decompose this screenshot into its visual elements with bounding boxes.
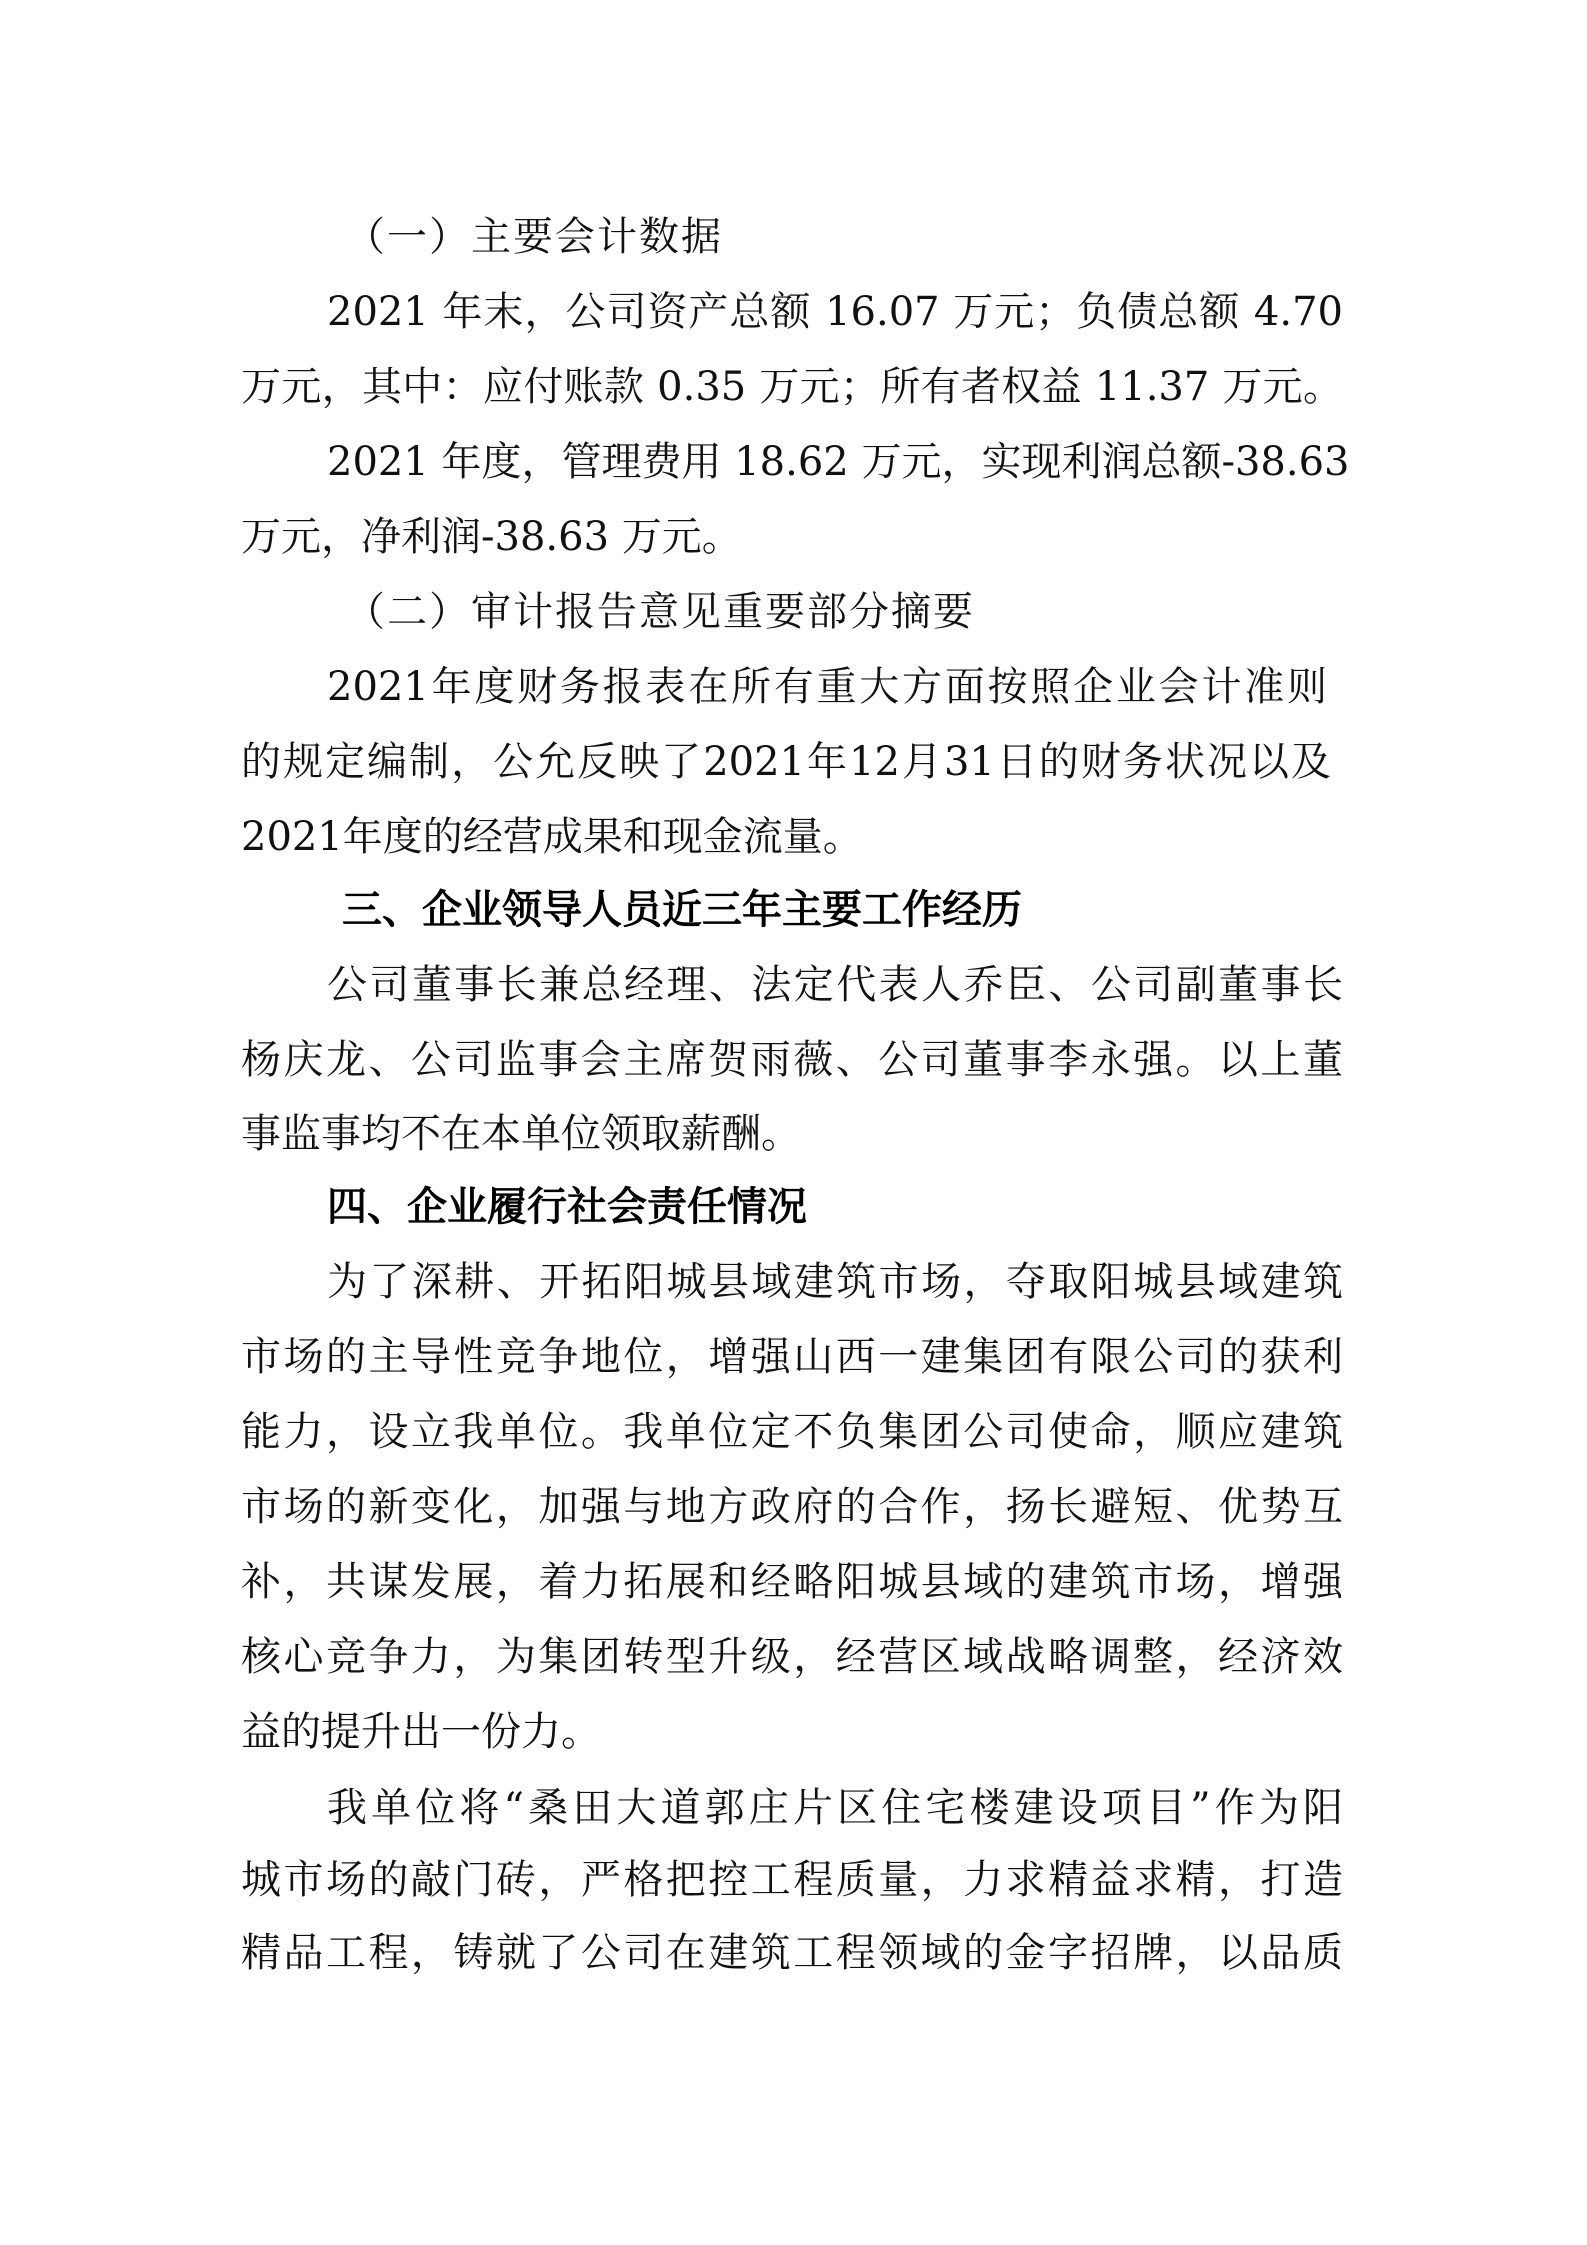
section-heading-social-responsibility: 四、企业履行社会责任情况	[327, 1177, 1327, 1237]
paragraph-line: 精品工程，铸就了公司在建筑工程领域的金字招牌，以品质	[241, 1923, 1343, 1983]
paragraph-line: 市场的新变化，加强与地方政府的合作，扬长避短、优势互	[241, 1477, 1343, 1537]
document-page: （一）主要会计数据 2021 年末，公司资产总额 16.07 万元；负债总额 4…	[0, 0, 1587, 2245]
paragraph-line: 市场的主导性竞争地位，增强山西一建集团有限公司的获利	[241, 1327, 1343, 1387]
paragraph-line: 核心竞争力，为集团转型升级，经营区域战略调整，经济效	[241, 1627, 1343, 1687]
paragraph-line: 杨庆龙、公司监事会主席贺雨薇、公司董事李永强。以上董	[241, 1030, 1343, 1090]
paragraph-line: 的规定编制，公允反映了2021年12月31日的财务状况以及	[241, 732, 1331, 792]
paragraph-line: 城市场的敲门砖，严格把控工程质量，力求精益求精，打造	[241, 1850, 1343, 1910]
section-heading-leadership: 三、企业领导人员近三年主要工作经历	[342, 880, 1342, 940]
paragraph-line: 益的提升出一份力。	[241, 1702, 1343, 1762]
paragraph-line: 事监事均不在本单位领取薪酬。	[241, 1104, 1343, 1164]
paragraph-line: 补，共谋发展，着力拓展和经略阳城县域的建筑市场，增强	[241, 1552, 1343, 1612]
paragraph-line: 2021年度的经营成果和现金流量。	[241, 807, 1331, 867]
section-heading-audit-summary: （二）审计报告意见重要部分摘要	[345, 582, 1345, 642]
section-heading-accounting-data: （一）主要会计数据	[345, 207, 1245, 267]
paragraph-line: 2021年度财务报表在所有重大方面按照企业会计准则	[327, 657, 1327, 717]
paragraph-line: 公司董事长兼总经理、法定代表人乔臣、公司副董事长	[327, 955, 1343, 1015]
paragraph-line: 万元，净利润-38.63 万元。	[241, 507, 1343, 567]
paragraph-line: 我单位将“桑田大道郭庄片区住宅楼建设项目”作为阳	[327, 1778, 1343, 1838]
paragraph-line: 2021 年末，公司资产总额 16.07 万元；负债总额 4.70	[327, 282, 1343, 342]
paragraph-line: 能力，设立我单位。我单位定不负集团公司使命，顺应建筑	[241, 1402, 1343, 1462]
paragraph-line: 万元，其中：应付账款 0.35 万元；所有者权益 11.37 万元。	[241, 357, 1343, 417]
paragraph-line: 为了深耕、开拓阳城县域建筑市场，夺取阳城县域建筑	[327, 1252, 1343, 1312]
paragraph-line: 2021 年度，管理费用 18.62 万元，实现利润总额-38.63	[327, 432, 1343, 492]
